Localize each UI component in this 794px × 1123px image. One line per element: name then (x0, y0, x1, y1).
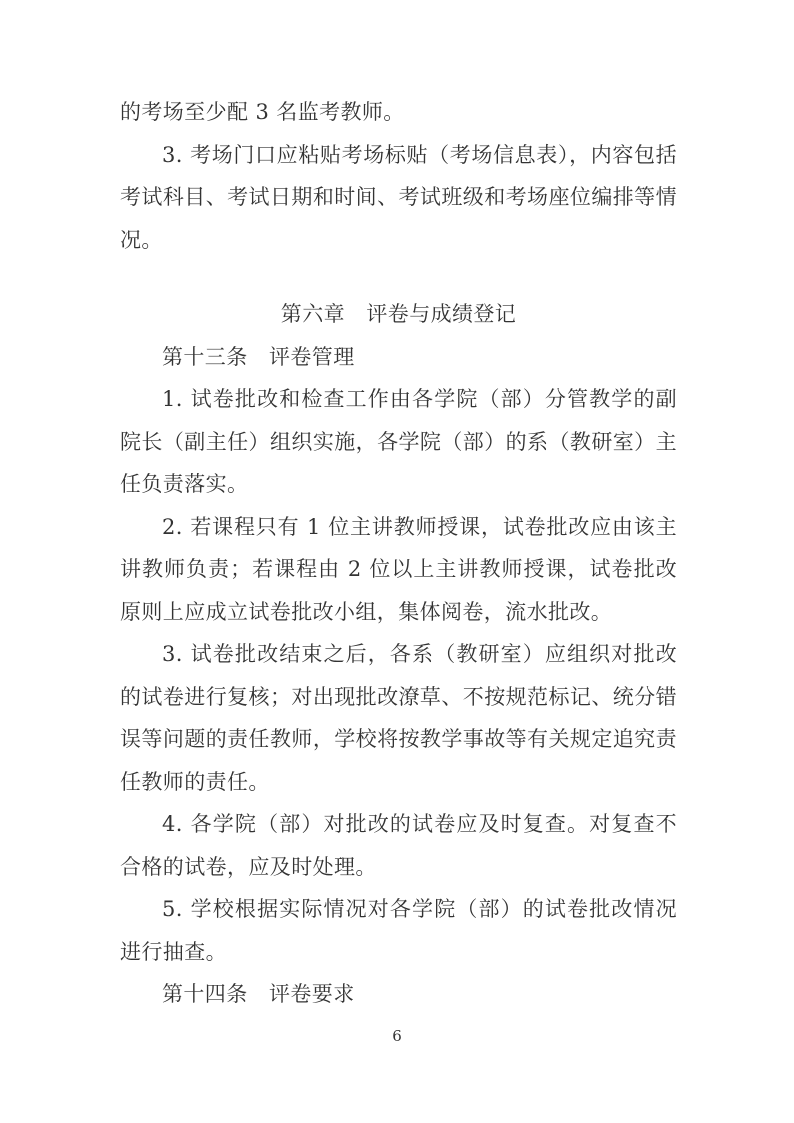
paragraph: 1. 试卷批改和检查工作由各学院（部）分管教学的副院长（副主任）组织实施，各学院… (120, 378, 677, 506)
paragraph: 3. 考场门口应粘贴考场标贴（考场信息表），内容包括考试科目、考试日期和时间、考… (120, 134, 677, 262)
paragraph: 3. 试卷批改结束之后，各系（教研室）应组织对批改的试卷进行复核；对出现批改潦草… (120, 633, 677, 803)
paragraph-continuation: 的考场至少配 3 名监考教师。 (120, 91, 677, 134)
paragraph: 5. 学校根据实际情况对各学院（部）的试卷批改情况进行抽查。 (120, 888, 677, 973)
paragraph: 2. 若课程只有 1 位主讲教师授课，试卷批改应由该主讲教师负责；若课程由 2 … (120, 506, 677, 634)
page-content: 的考场至少配 3 名监考教师。 3. 考场门口应粘贴考场标贴（考场信息表），内容… (120, 91, 677, 1016)
paragraph: 4. 各学院（部）对批改的试卷应及时复查。对复查不合格的试卷，应及时处理。 (120, 803, 677, 888)
chapter-heading: 第六章 评卷与成绩登记 (120, 293, 677, 336)
page-number: 6 (0, 1027, 794, 1045)
article-heading: 第十三条 评卷管理 (120, 336, 677, 379)
document-page: 的考场至少配 3 名监考教师。 3. 考场门口应粘贴考场标贴（考场信息表），内容… (0, 0, 794, 1123)
article-heading: 第十四条 评卷要求 (120, 973, 677, 1016)
